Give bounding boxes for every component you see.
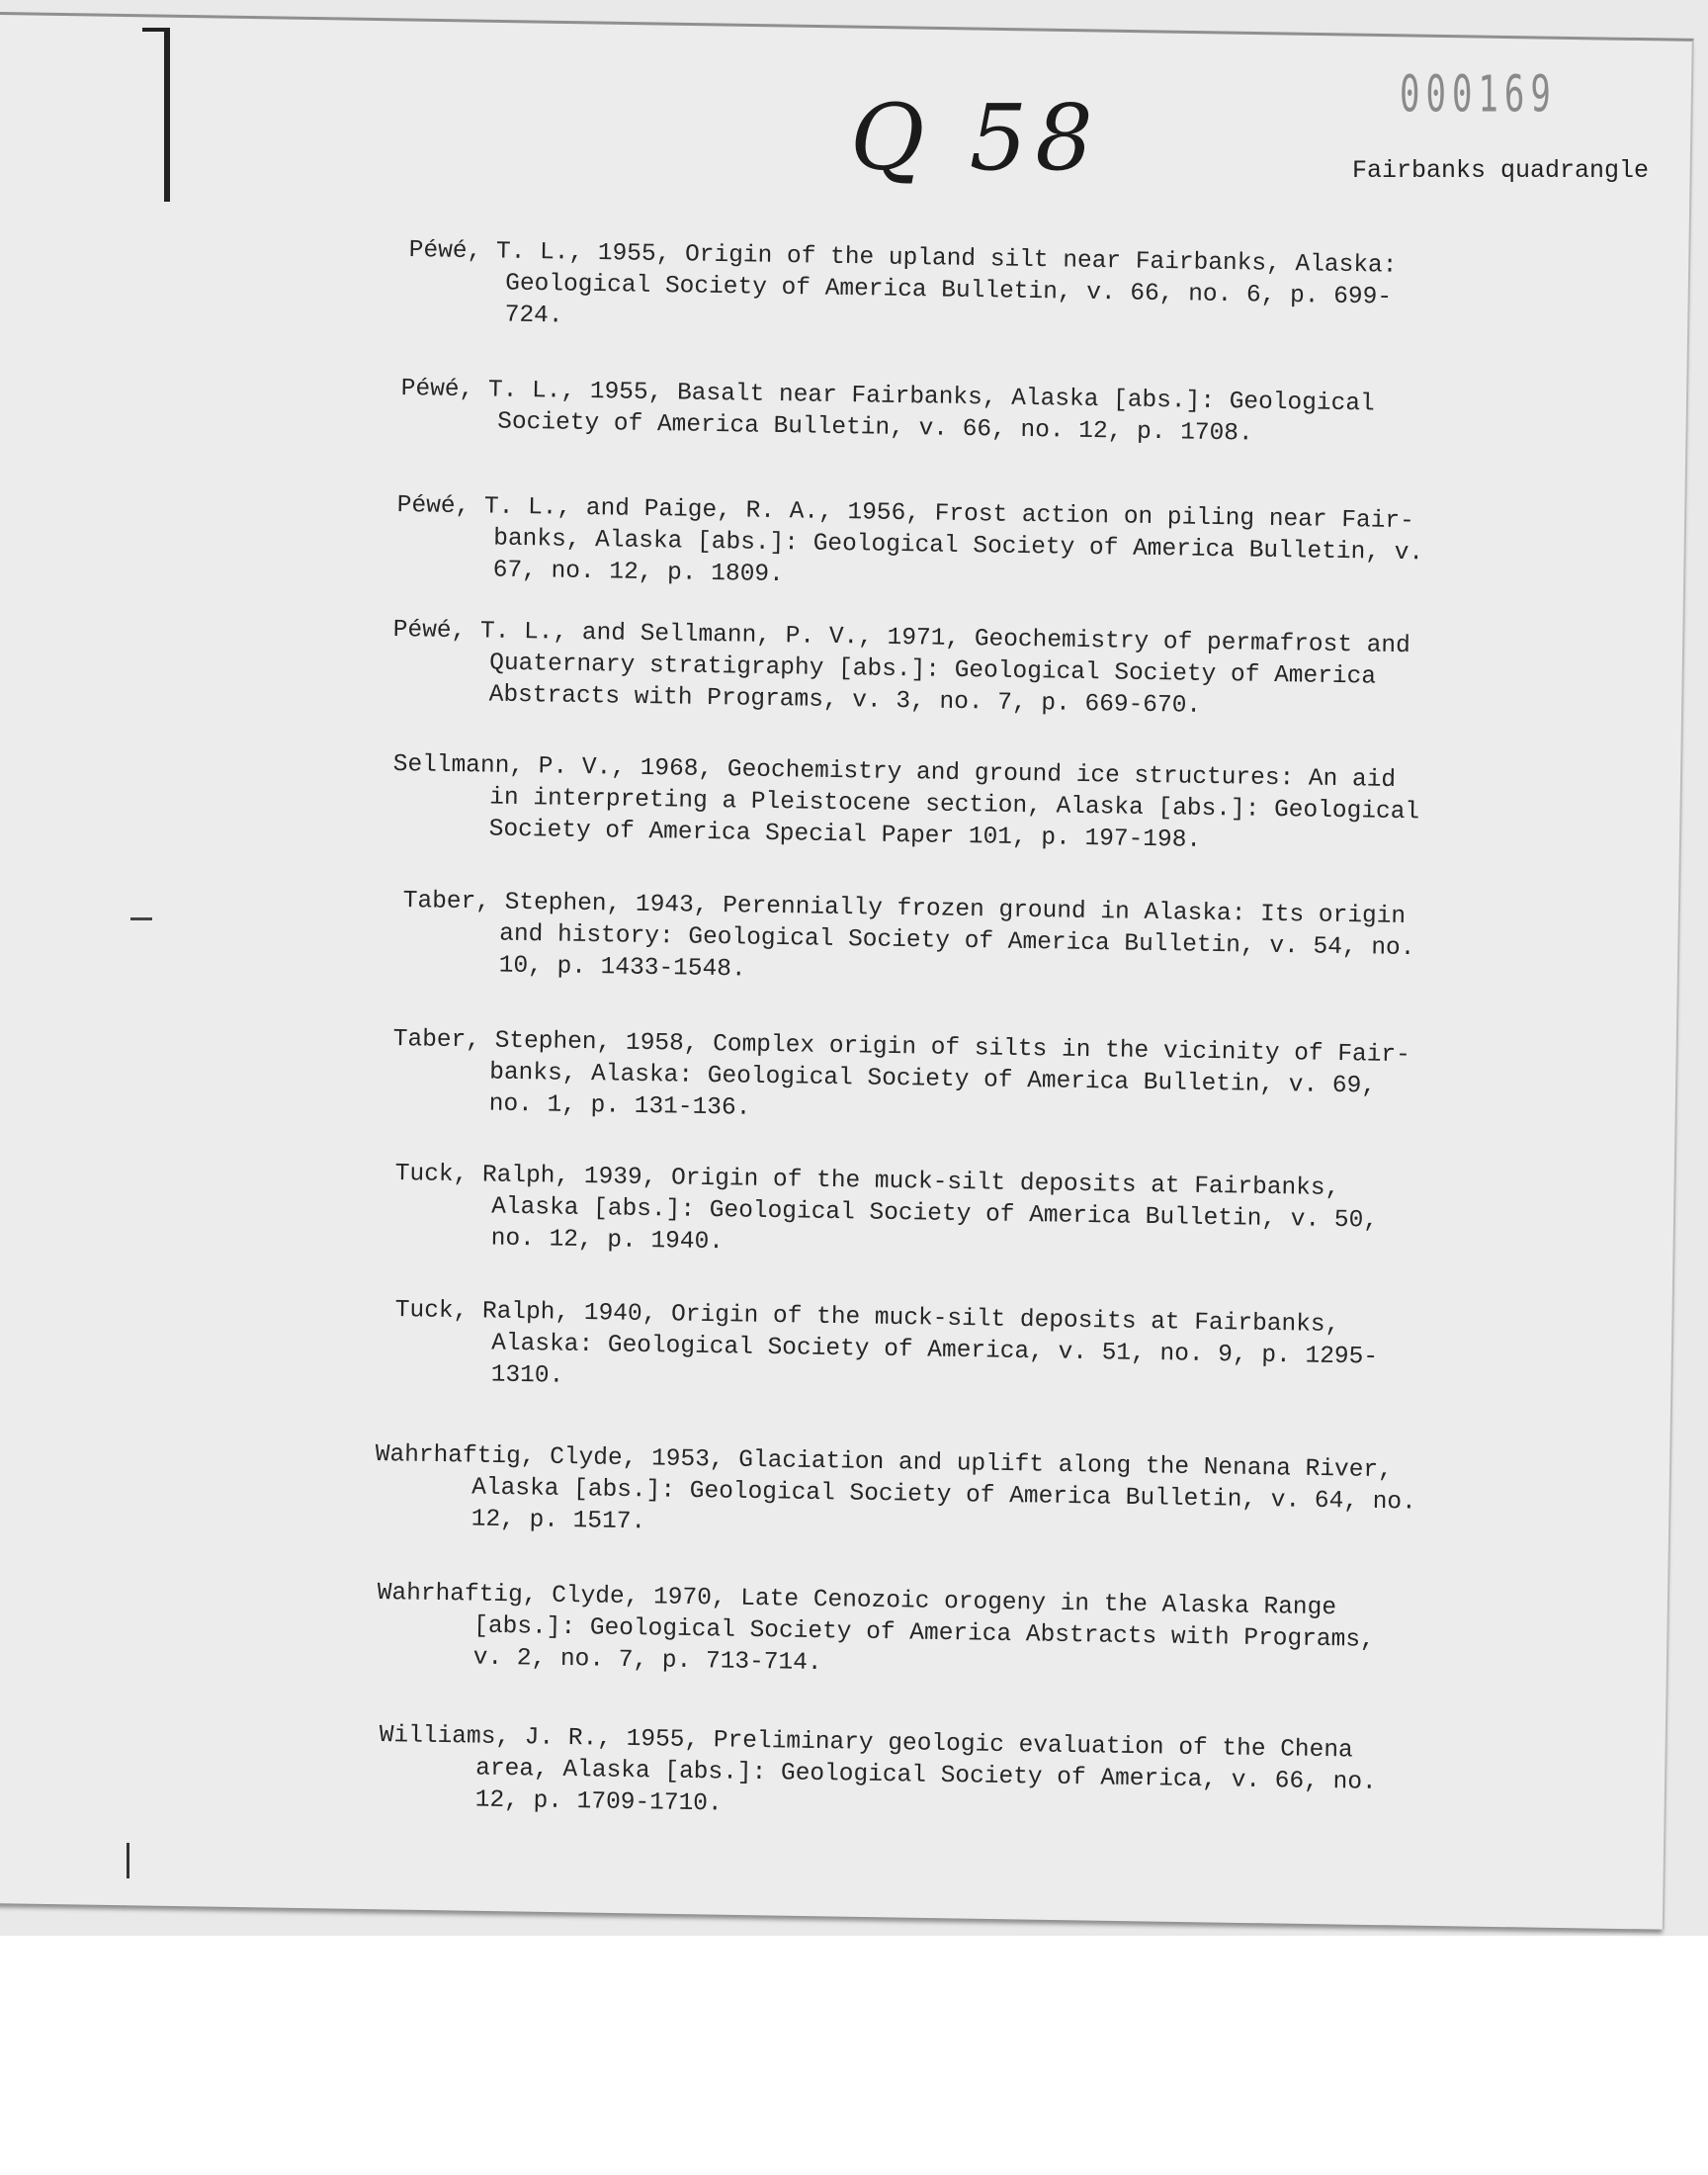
reference-entry: Tuck, Ralph, 1939, Origin of the muck-si… [393,1159,1561,1272]
reference-entry: Péwé, T. L., 1955, Origin of the upland … [407,235,1575,349]
reference-entry: Taber, Stephen, 1958, Complex origin of … [391,1024,1559,1138]
stamp-number: 000169 [1400,65,1557,125]
reference-entry: Tuck, Ralph, 1940, Origin of the muck-si… [393,1295,1561,1409]
margin-tick-mark [130,917,152,920]
reference-entry: Williams, J. R., 1955, Preliminary geolo… [378,1720,1545,1834]
quadrangle-title: Fairbanks quadrangle [1352,156,1649,185]
reference-entry: Taber, Stephen, 1943, Perennially frozen… [401,886,1569,1000]
reference-entry: Péwé, T. L., and Paige, R. A., 1956, Fro… [395,490,1563,604]
margin-bar-mark-bottom [127,1843,129,1878]
reference-entry: Péwé, T. L., and Sellmann, P. V., 1971, … [391,615,1559,729]
scanned-page-background: Q 58 000169 Fairbanks quadrangle Péwé, T… [0,0,1708,1936]
margin-bar-mark [164,28,170,202]
reference-entry: Wahrhaftig, Clyde, 1953, Glaciation and … [374,1439,1541,1553]
reference-entry: Wahrhaftig, Clyde, 1970, Late Cenozoic o… [376,1578,1543,1692]
reference-entry: Sellmann, P. V., 1968, Geochemistry and … [391,749,1559,863]
handwritten-label: Q 58 [850,93,1101,184]
